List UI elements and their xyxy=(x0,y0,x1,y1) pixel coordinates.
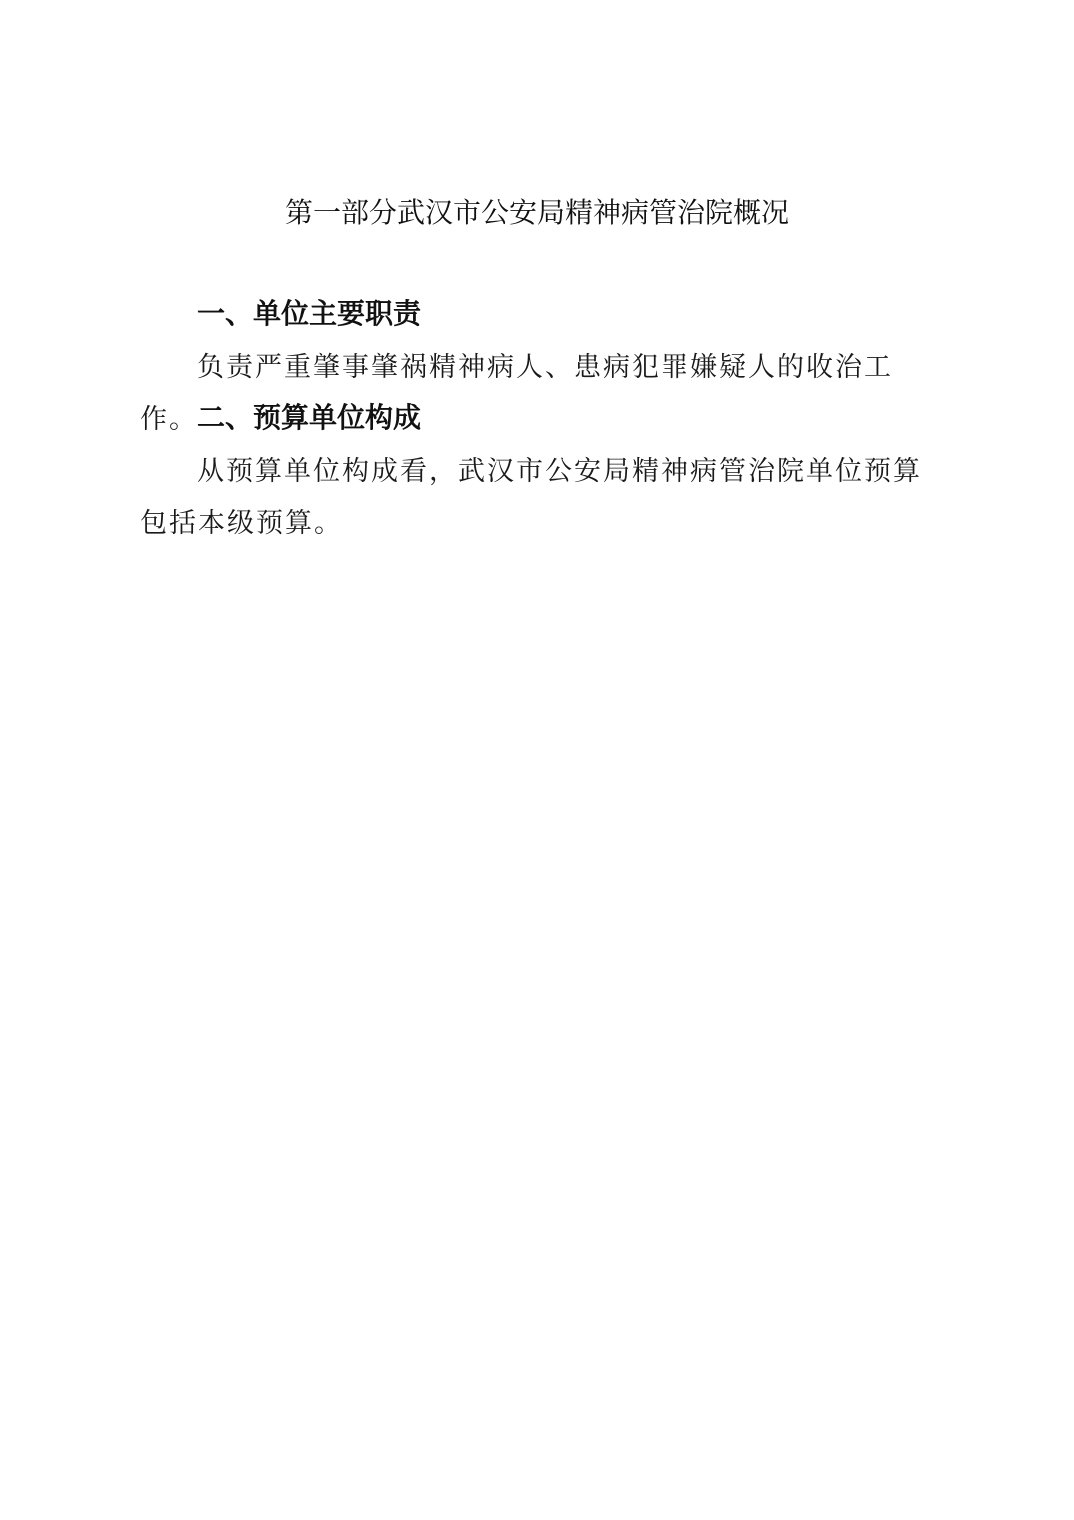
section-body-budget-composition: 从预算单位构成看，武汉市公安局精神病管治院单位预算包括本级预算。 xyxy=(140,446,940,550)
section-heading-responsibilities: 一、单位主要职责 xyxy=(197,294,421,334)
document-title: 第一部分武汉市公安局精神病管治院概况 xyxy=(0,193,1074,233)
document-page: 第一部分武汉市公安局精神病管治院概况 一、单位主要职责 负责严重肇事肇祸精神病人… xyxy=(0,0,1074,1520)
section-heading-budget-composition: 二、预算单位构成 xyxy=(197,398,421,438)
